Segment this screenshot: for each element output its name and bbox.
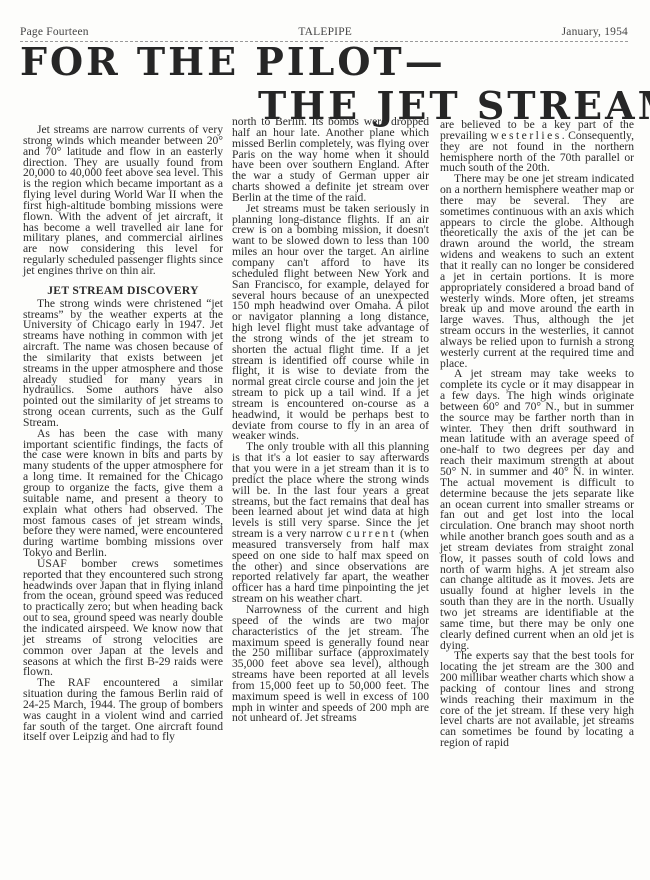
paragraph: The RAF encountered a similar situation … [23,678,223,743]
paragraph: Jet streams are narrow currents of very … [23,125,223,277]
paragraph: There may be one jet stream indicated on… [440,174,634,369]
paragraph: A jet stream may take weeks to complete … [440,369,634,651]
text-run: (when measured transversely from half ma… [232,527,429,605]
article-column-3: are believed to be a key part of the pre… [440,120,634,749]
text-run: The only trouble with all this planning … [232,440,429,540]
page-number: Page Fourteen [20,26,89,38]
headline-line-1: FOR THE PILOT— [20,40,446,84]
paragraph: The experts say that the best tools for … [440,651,634,749]
paragraph: The strong winds were christened “jet st… [23,299,223,429]
paragraph: are believed to be a key part of the pre… [440,120,634,174]
paragraph: Jet streams must be taken seriously in p… [232,204,429,443]
paragraph: As has been the case with many important… [23,429,223,559]
publication-name: TALEPIPE [298,26,352,38]
section-subheading: JET STREAM DISCOVERY [23,286,223,297]
article-column-1: Jet streams are narrow currents of very … [23,125,223,743]
paragraph: north to Berlin. Its bombs were dropped … [232,117,429,204]
running-head: Page Fourteen TALEPIPE January, 1954 [20,26,628,38]
paragraph: Narrowness of the current and high speed… [232,605,429,724]
issue-date: January, 1954 [562,26,628,38]
paragraph: The only trouble with all this planning … [232,442,429,605]
article-column-2: north to Berlin. Its bombs were dropped … [232,117,429,724]
paragraph: USAF bomber crews sometimes reported tha… [23,559,223,678]
